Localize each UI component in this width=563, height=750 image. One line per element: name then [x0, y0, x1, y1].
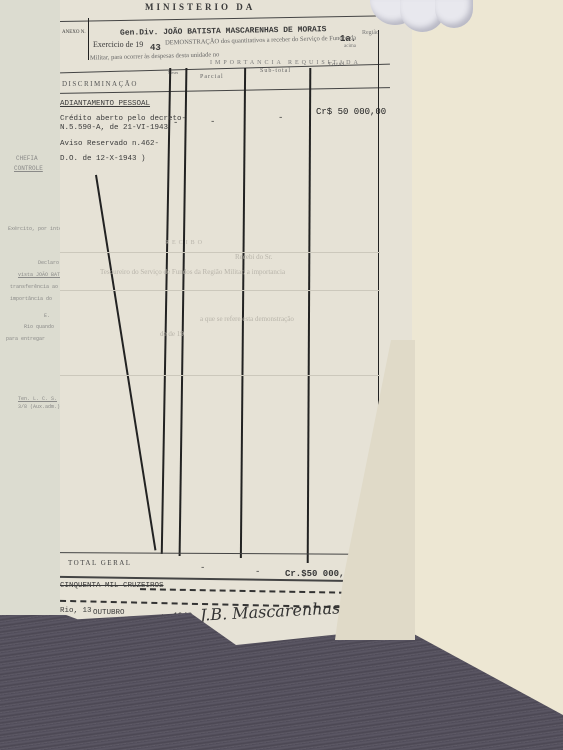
region-sub: acima [344, 44, 356, 49]
folder-back [405, 0, 563, 715]
row-months: - [173, 118, 178, 128]
column-rule [307, 68, 311, 563]
row-partial: - [210, 117, 215, 127]
row-subtotal: - [278, 113, 283, 123]
header-discrimination: DISCRIMINAÇÃO [62, 80, 138, 88]
header-total: Total [328, 62, 345, 68]
rule [60, 552, 380, 555]
exercise-label: Exercicio de 19 [93, 40, 143, 49]
total-subtotal: - [255, 567, 260, 577]
rule [60, 252, 380, 253]
region-number: 1a. [340, 34, 356, 44]
receipt-title: RECIBO [165, 240, 205, 246]
total-partial: - [200, 563, 205, 573]
left-line: para entregar [6, 336, 45, 342]
rule [60, 15, 405, 22]
region-label: Região [362, 30, 379, 36]
row-line: Crédito aberto pelo decreto- [60, 115, 186, 123]
row-line: D.O. de 12-X-1943 ) [60, 155, 146, 163]
left-line: E. [44, 313, 50, 319]
left-line: Rio quando [24, 324, 54, 330]
left-line: transferência ao [10, 284, 58, 290]
total-label: TOTAL GERAL [68, 559, 132, 567]
dash-fill [140, 588, 355, 594]
side-label: ANEXO N. [62, 30, 86, 35]
rule [60, 375, 380, 376]
receipt-line: de de 19 [160, 330, 184, 338]
left-stamp-2: CONTROLE [14, 165, 43, 172]
left-footer: Ten. L. C. S. [18, 396, 57, 402]
left-stamp-1: CHEFIA [16, 155, 38, 162]
rule [88, 18, 89, 60]
receipt-line: a que se refere esta demonstração [200, 315, 294, 323]
signature: J.B. Mascarenhas [200, 598, 341, 624]
left-line: importância do [10, 296, 52, 302]
column-rule [179, 68, 187, 556]
left-footer: 3/8 (Aux.adm.) [18, 404, 60, 410]
column-rule [95, 175, 156, 551]
exercise-year: 43 [150, 43, 161, 53]
header-partial: Parcial [200, 74, 224, 80]
date-city: Rio, 13 [60, 607, 92, 615]
demonstration-line-2: Militar, para ocorrer às despesas desta … [90, 51, 219, 61]
row-line: Aviso Reservado n.462- [60, 140, 159, 148]
receipt-line: Recebi do Sr. [235, 253, 273, 261]
receipt-line: Tesoureiro do Serviço de Fundos da Regiã… [100, 268, 285, 276]
column-rule [161, 68, 171, 554]
row-title: ADIANTAMENTO PESSOAL [60, 100, 150, 108]
rule [60, 290, 380, 291]
column-rule [240, 68, 246, 558]
date-month: OUTUBRO [93, 609, 125, 617]
rule [60, 87, 390, 94]
row-line: N.5.590-A, de 21-VI-1943 [60, 124, 168, 132]
header-subtotal: Sub-total [260, 68, 291, 74]
ministry-header: MINISTERIO DA [145, 2, 255, 12]
row-total: Cr$ 50 000,00 [316, 107, 386, 117]
